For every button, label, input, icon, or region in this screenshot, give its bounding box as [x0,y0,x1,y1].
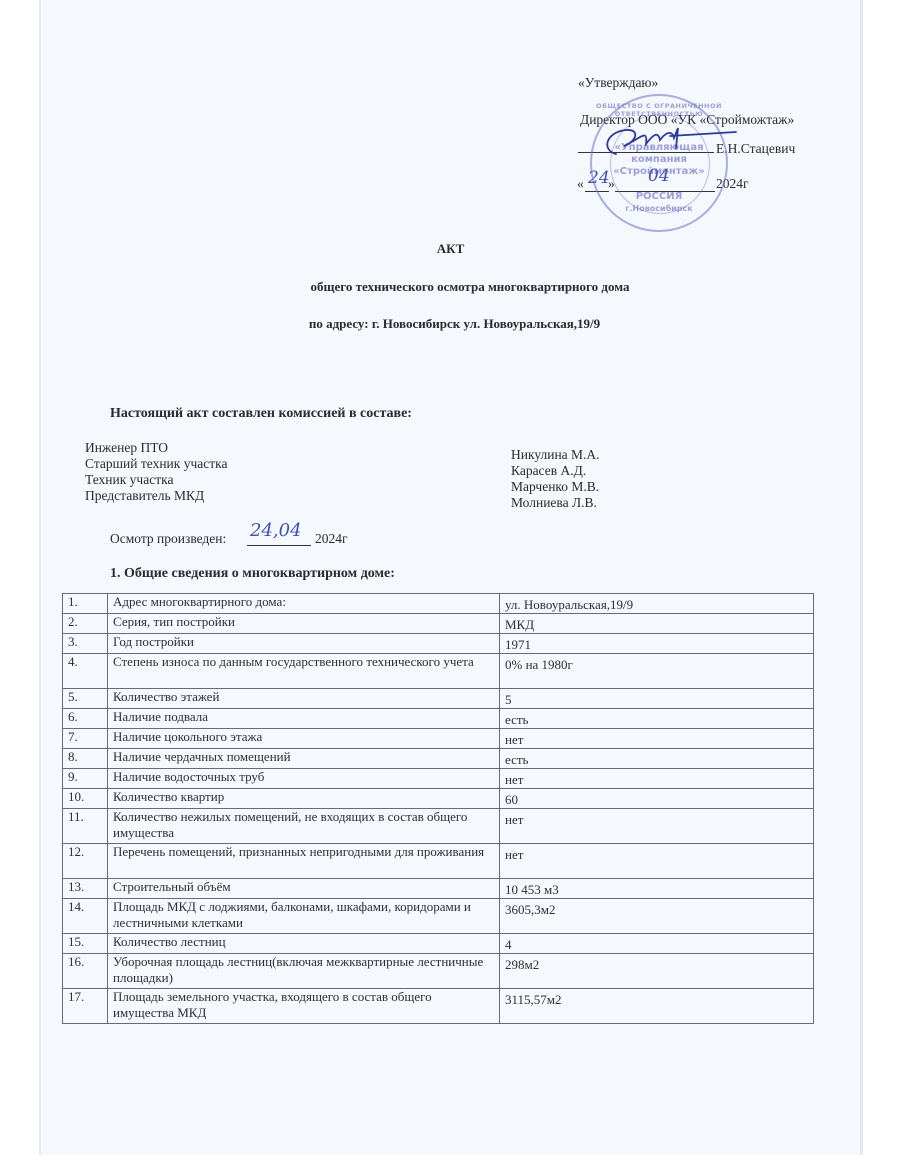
commission-member-name: Никулина М.А. [511,447,600,462]
row-label: Наличие чердачных помещений [108,749,500,769]
table-row: 2.Серия, тип постройкиМКД [63,614,814,634]
row-number: 7. [63,729,108,749]
table-row: 14.Площадь МКД с лоджиями, балконами, шк… [63,899,814,934]
table-row: 12.Перечень помещений, признанных неприг… [63,844,814,879]
row-value: есть [500,749,814,769]
table-row: 8.Наличие чердачных помещенийесть [63,749,814,769]
row-label: Количество квартир [108,789,500,809]
row-number: 6. [63,709,108,729]
table-row: 11.Количество нежилых помещений, не вход… [63,809,814,844]
row-value: 60 [500,789,814,809]
row-label: Наличие подвала [108,709,500,729]
row-label: Уборочная площадь лестниц(включая межква… [108,954,500,989]
row-value: 1971 [500,634,814,654]
row-label: Серия, тип постройки [108,614,500,634]
row-number: 5. [63,689,108,709]
act-title: АКТ [0,241,901,257]
row-number: 17. [63,989,108,1024]
table-row: 4.Степень износа по данным государственн… [63,654,814,689]
company-stamp: ОБЩЕСТВО С ОГРАНИЧЕННОЙ ОТВЕТСТВЕННОСТЬЮ… [590,94,728,232]
row-label: Перечень помещений, признанных непригодн… [108,844,500,879]
row-value: 4 [500,934,814,954]
table-row: 13.Строительный объём10 453 м3 [63,879,814,899]
row-number: 9. [63,769,108,789]
row-value: 5 [500,689,814,709]
row-value: 3605,3м2 [500,899,814,934]
commission-intro: Настоящий акт составлен комиссией в сост… [110,406,412,422]
table-row: 15.Количество лестниц4 [63,934,814,954]
stamp-line-3: «Строймонтаж» [592,166,726,177]
row-label: Площадь земельного участка, входящего в … [108,989,500,1024]
table-row: 1.Адрес многоквартирного дома:ул. Новоур… [63,594,814,614]
table-row: 16.Уборочная площадь лестниц(включая меж… [63,954,814,989]
row-value: есть [500,709,814,729]
commission-role: Инженер ПТО [85,440,168,455]
row-label: Строительный объём [108,879,500,899]
table-row: 17.Площадь земельного участка, входящего… [63,989,814,1024]
commission-role: Представитель МКД [85,488,204,503]
row-value: 10 453 м3 [500,879,814,899]
stamp-line-4: РОССИЯ [592,191,726,202]
inspection-year: 2024г [315,531,348,546]
commission-member-name: Карасев А.Д. [511,463,586,478]
row-value: нет [500,809,814,844]
table-row: 10.Количество квартир60 [63,789,814,809]
act-subtitle: общего технического осмотра многоквартир… [0,279,901,295]
commission-role: Старший техник участка [85,456,227,471]
table-row: 7.Наличие цокольного этажанет [63,729,814,749]
row-number: 16. [63,954,108,989]
stamp-line-5: г.Новосибирск [592,204,726,213]
row-number: 4. [63,654,108,689]
table-row: 5.Количество этажей5 [63,689,814,709]
signature-icon [596,120,746,160]
commission-member-name: Молниева Л.В. [511,495,597,510]
row-number: 1. [63,594,108,614]
row-label: Год постройки [108,634,500,654]
building-info-table: 1.Адрес многоквартирного дома:ул. Новоур… [62,593,814,1024]
row-value: 0% на 1980г [500,654,814,689]
row-value: нет [500,729,814,749]
row-value: нет [500,769,814,789]
inspection-date-handwritten: 24,04 [250,520,302,541]
row-label: Наличие водосточных труб [108,769,500,789]
section-1-heading: 1. Общие сведения о многоквартирном доме… [110,566,395,582]
row-value: 298м2 [500,954,814,989]
row-label: Количество лестниц [108,934,500,954]
row-value: ул. Новоуральская,19/9 [500,594,814,614]
row-number: 10. [63,789,108,809]
row-label: Количество нежилых помещений, не входящи… [108,809,500,844]
row-label: Количество этажей [108,689,500,709]
table-row: 9.Наличие водосточных трубнет [63,769,814,789]
row-number: 2. [63,614,108,634]
inspection-date-line [247,545,311,546]
inspection-label: Осмотр произведен: [110,531,226,546]
commission-role: Техник участка [85,472,173,487]
approval-date-open-quote: « [577,175,584,193]
commission-member-name: Марченко М.В. [511,479,599,494]
row-number: 11. [63,809,108,844]
act-address: по адресу: г. Новосибирск ул. Новоуральс… [0,316,901,332]
approval-heading: «Утверждаю» [578,74,658,92]
row-number: 8. [63,749,108,769]
row-number: 12. [63,844,108,879]
row-label: Наличие цокольного этажа [108,729,500,749]
row-value: нет [500,844,814,879]
row-label: Степень износа по данным государственног… [108,654,500,689]
row-number: 13. [63,879,108,899]
stamp-ring-text: ОБЩЕСТВО С ОГРАНИЧЕННОЙ ОТВЕТСТВЕННОСТЬЮ [592,102,726,118]
table-row: 6.Наличие подвалаесть [63,709,814,729]
row-number: 15. [63,934,108,954]
row-number: 14. [63,899,108,934]
row-label: Площадь МКД с лоджиями, балконами, шкафа… [108,899,500,934]
table-row: 3.Год постройки1971 [63,634,814,654]
row-value: 3115,57м2 [500,989,814,1024]
row-value: МКД [500,614,814,634]
row-label: Адрес многоквартирного дома: [108,594,500,614]
row-number: 3. [63,634,108,654]
